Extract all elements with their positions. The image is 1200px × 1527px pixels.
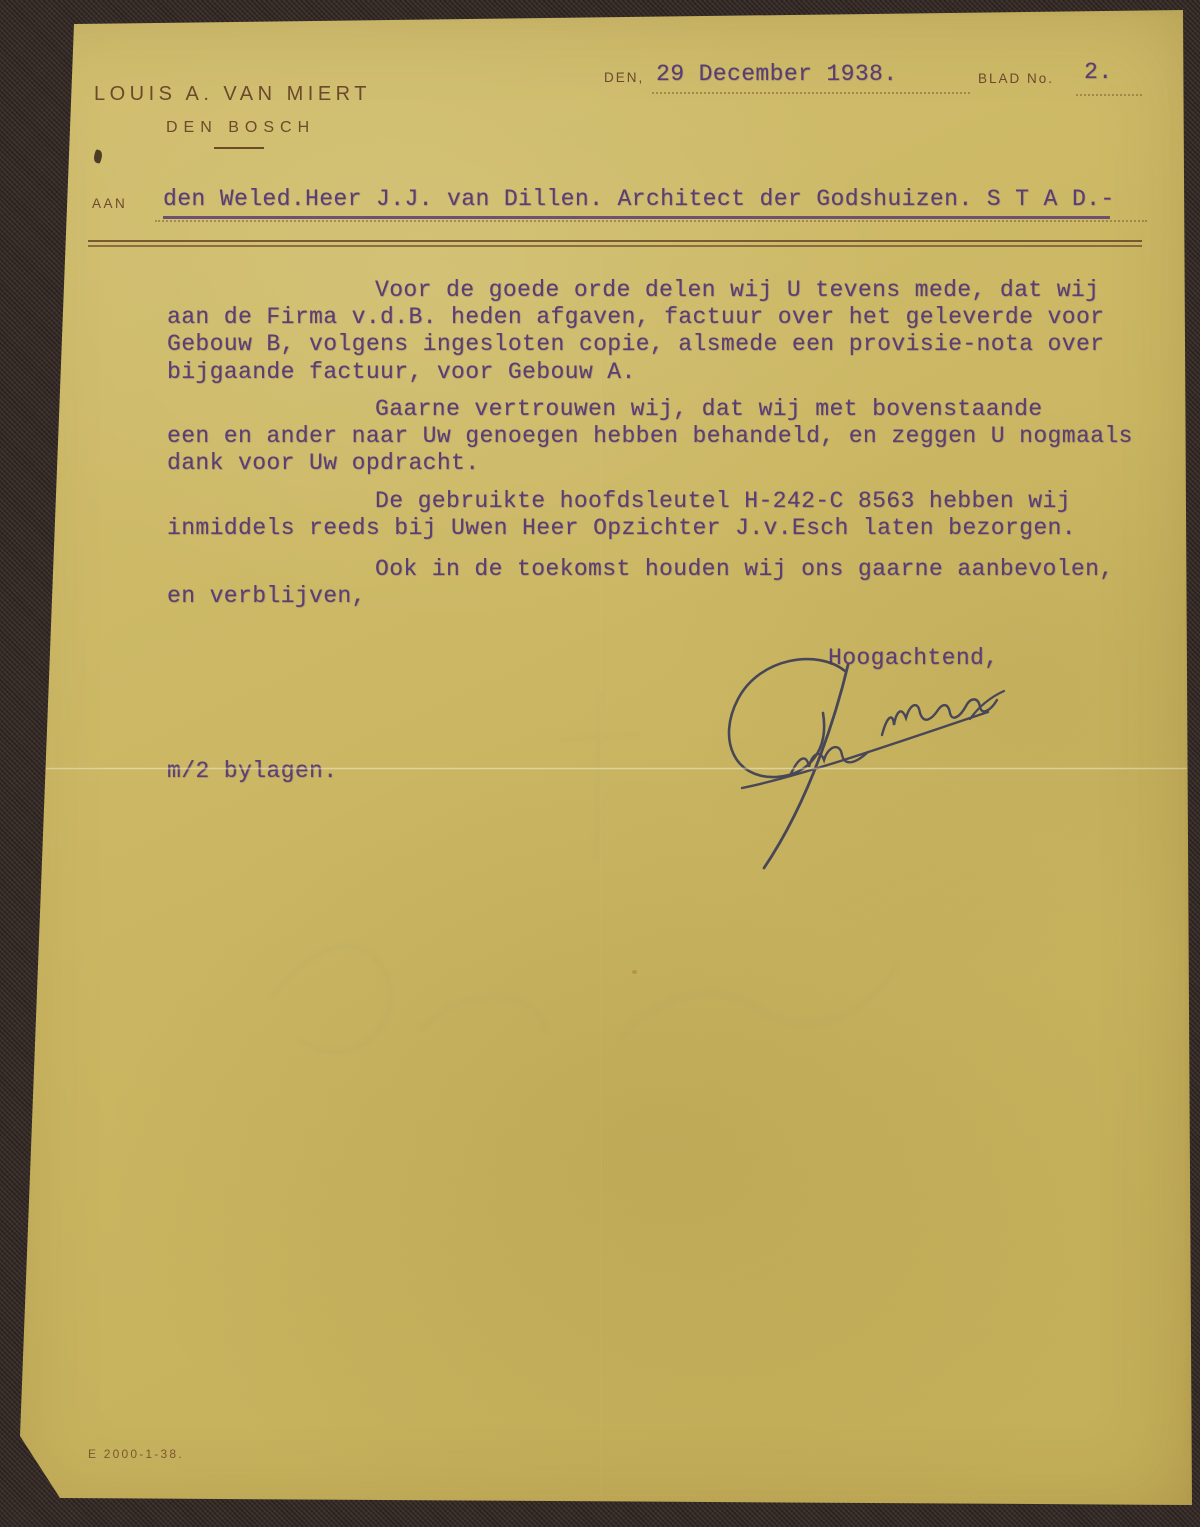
- ink-bleed-ghost: [230, 660, 970, 1140]
- addressee-underline: [163, 216, 1110, 219]
- staple-mark: [92, 149, 104, 164]
- scan-background: LOUIS A. VAN MIERT DEN BOSCH DEN, 29 Dec…: [0, 0, 1200, 1527]
- body-line: aan de Firma v.d.B. heden afgaven, factu…: [167, 304, 1104, 331]
- letterhead-city: DEN BOSCH: [166, 119, 315, 137]
- date-value: 29 December 1938.: [656, 61, 897, 87]
- body-line: De gebruikte hoofdsleutel H-242-C 8563 h…: [167, 488, 1076, 515]
- body-line: Gaarne vertrouwen wij, dat wij met boven…: [167, 396, 1133, 423]
- body-line: Voor de goede orde delen wij U tevens me…: [167, 277, 1104, 304]
- body-line: bijgaande factuur, voor Gebouw A.: [167, 359, 1104, 386]
- date-label: DEN,: [604, 70, 644, 85]
- body-paragraph-1: Voor de goede orde delen wij U tevens me…: [167, 277, 1104, 386]
- addressee-line: den Weled.Heer J.J. van Dillen. Architec…: [163, 186, 1115, 212]
- letterhead-underline: [214, 147, 264, 149]
- header-rule-top: [88, 240, 1142, 242]
- body-line: Ook in de toekomst houden wij ons gaarne…: [167, 556, 1114, 583]
- body-line: een en ander naar Uw genoegen hebben beh…: [167, 423, 1133, 450]
- fold-crease-horizontal: [24, 767, 1188, 770]
- page-number-value: 2.: [1084, 59, 1112, 85]
- body-line: dank voor Uw opdracht.: [167, 450, 1133, 477]
- page-number-label: BLAD No.: [978, 71, 1054, 86]
- date-dotted-line: [652, 92, 970, 94]
- fold-crease-vertical: [601, 255, 603, 1500]
- page-number-dotted-line: [1076, 94, 1142, 96]
- letterhead-name: LOUIS A. VAN MIERT: [94, 83, 371, 106]
- body-line: en verblijven,: [167, 583, 1114, 610]
- body-line: Gebouw B, volgens ingesloten copie, alsm…: [167, 331, 1104, 358]
- body-paragraph-4: Ook in de toekomst houden wij ons gaarne…: [167, 556, 1114, 610]
- body-line: inmiddels reeds bij Uwen Heer Opzichter …: [167, 515, 1076, 542]
- form-code: E 2000-1-38.: [88, 1447, 184, 1461]
- body-paragraph-2: Gaarne vertrouwen wij, dat wij met boven…: [167, 396, 1133, 478]
- addressee-dotted-line: [155, 220, 1147, 222]
- addressee-label: AAN: [92, 196, 127, 211]
- rust-speck: [632, 970, 637, 974]
- staple-mark: [52, 150, 69, 159]
- body-paragraph-3: De gebruikte hoofdsleutel H-242-C 8563 h…: [167, 488, 1076, 542]
- letter-paper: LOUIS A. VAN MIERT DEN BOSCH DEN, 29 Dec…: [0, 0, 1200, 1527]
- header-rule-bottom: [88, 245, 1142, 247]
